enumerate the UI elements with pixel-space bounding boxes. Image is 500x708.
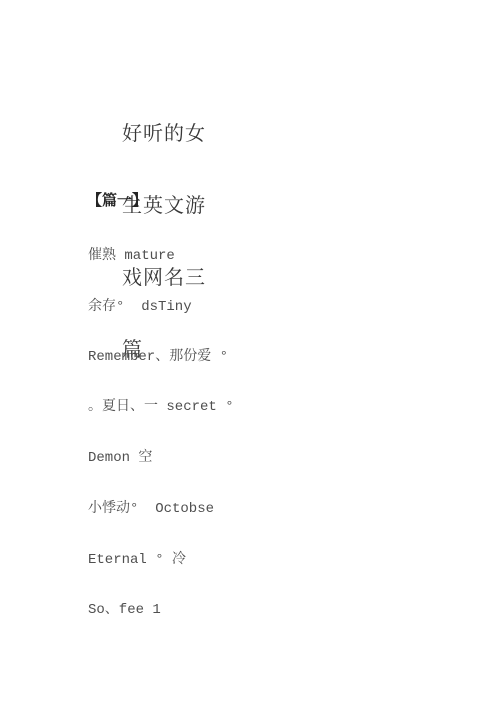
name-item-5: Demon 空 xyxy=(88,450,152,466)
document-page: 好听的女 生英文游 戏网名三 篇 【篇一】 催熟 mature 余存° dsTi… xyxy=(0,0,500,708)
name-item-1: 催熟 mature xyxy=(88,248,175,264)
name-item-4: 。夏日、一 secret ° xyxy=(88,399,234,415)
section-heading: 【篇一】 xyxy=(87,189,147,210)
name-item-6: 小悸动° Octobse xyxy=(88,501,214,517)
name-item-3: Remember、那份爱 ° xyxy=(88,349,228,365)
title-line-3: 戏网名三 xyxy=(122,266,206,290)
name-item-8: So、fee 1 xyxy=(88,602,161,618)
title-line-1: 好听的女 xyxy=(122,122,206,146)
name-item-2: 余存° dsTiny xyxy=(88,299,192,315)
name-item-7: Eternal ° 冷 xyxy=(88,552,186,568)
